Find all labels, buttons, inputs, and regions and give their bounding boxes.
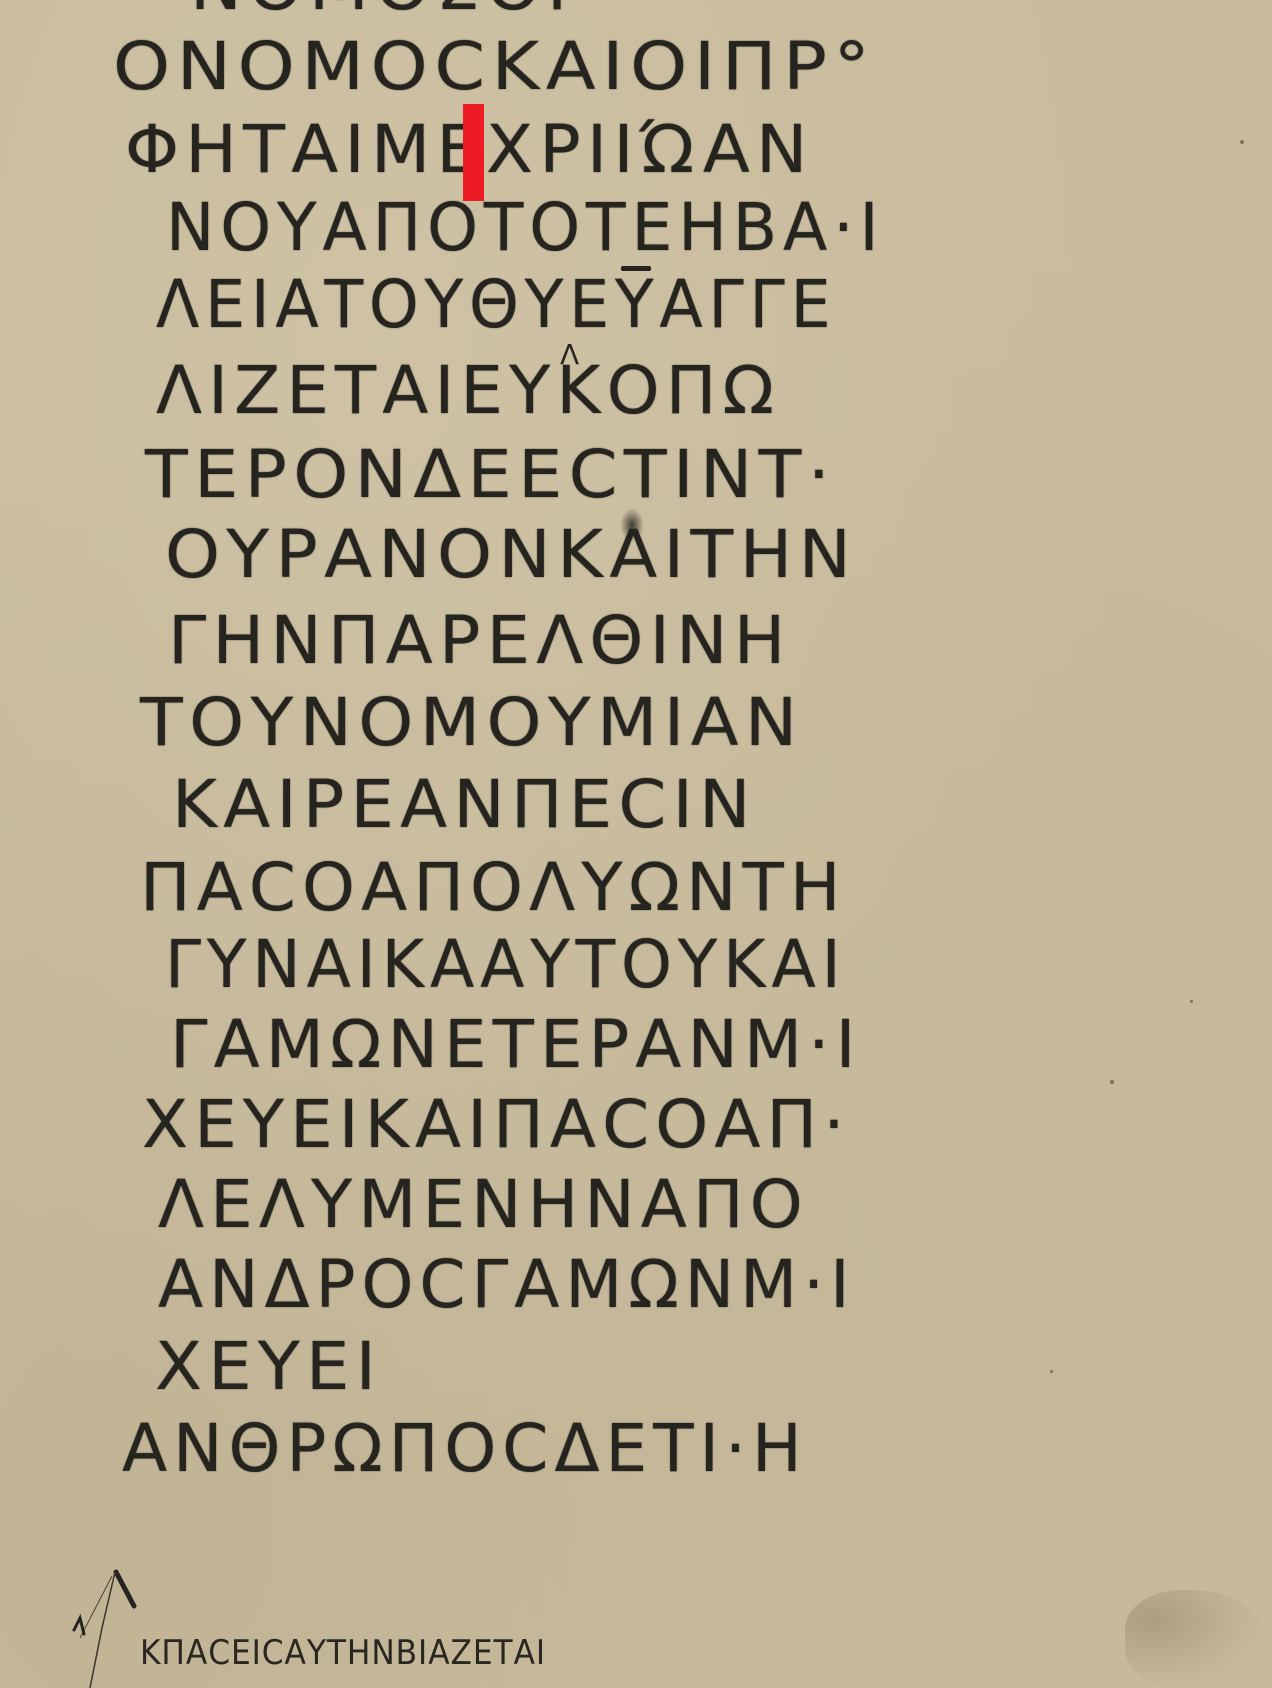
text-line-7: ΟΥΡΑΝΟΝΚΑΙΤΗΝ xyxy=(165,522,857,588)
manuscript-page: ΝΟΜΟΣΟΓ ΟΝΟΜΟϹΚΑΙΟΙΠΡ° ΦΗΤΑΙΜΕΧΡΙΙΏΑΝ ΝΟ… xyxy=(0,0,1272,1688)
text-line-13: ΓΑΜΩΝΕΤΕΡΑΝΜ·Ι xyxy=(170,1012,862,1078)
text-line-4: ΛΕΙΑΤΟΥΘΥΕΥΑΓΓΕ xyxy=(156,272,836,338)
speck xyxy=(1240,140,1244,144)
text-line-14: ΧΕΥΕΙΚΑΙΠΑϹΟΑΠ· xyxy=(142,1092,851,1158)
text-line-0: ΝΟΜΟΣΟΓ xyxy=(190,0,592,20)
text-line-17: ΧΕΥΕΙ xyxy=(155,1334,382,1400)
text-line-18: ΑΝΘΡΩΠΟϹΔΕΤΙ·Η xyxy=(122,1416,808,1482)
speck xyxy=(1110,1080,1114,1084)
text-line-5: ΛΙΖΕΤΑΙΕΥΚΟΠΩ xyxy=(156,358,780,424)
text-line-11: ΠΑϹΟΑΠΟΛΥΩΝΤΗ xyxy=(140,855,847,921)
insertion-sign-icon xyxy=(60,1568,150,1688)
marginal-note: ΚΠΑϹΕΙϹΑΥΤΗΝΒΙΑΖΕΤΑΙ xyxy=(140,1636,546,1670)
paper-stain xyxy=(1125,1590,1265,1688)
text-line-12: ΓΥΝΑΙΚΑΑΥΤΟΥΚΑΙ xyxy=(165,932,847,998)
speck xyxy=(1190,1000,1193,1003)
cursor-marker xyxy=(463,104,484,201)
speck xyxy=(148,148,151,151)
text-line-1: ΟΝΟΜΟϹΚΑΙΟΙΠΡ° xyxy=(113,34,876,100)
text-line-10: ΚΑΙΡΕΑΝΠΕϹΙΝ xyxy=(172,772,757,838)
text-line-8: ΓΗΝΠΑΡΕΛΘΙΝΗ xyxy=(168,608,792,674)
text-line-3: ΝΟΥΑΠΟΤΟΤΕΗΒΑ·Ι xyxy=(166,195,884,261)
speck xyxy=(1050,1370,1053,1373)
text-line-15: ΛΕΛΥΜΕΝΗΝΑΠΟ xyxy=(158,1172,809,1238)
text-line-6: ΤΕΡΟΝΔΕΕϹΤΙΝΤ· xyxy=(145,442,836,508)
nomen-sacrum-overline xyxy=(621,266,651,271)
text-line-16: ΑΝΔΡΟϹΓΑΜΩΝΜ·Ι xyxy=(158,1252,856,1318)
text-line-9: ΤΟΥΝΟΜΟΥΜΙΑΝ xyxy=(140,690,804,756)
